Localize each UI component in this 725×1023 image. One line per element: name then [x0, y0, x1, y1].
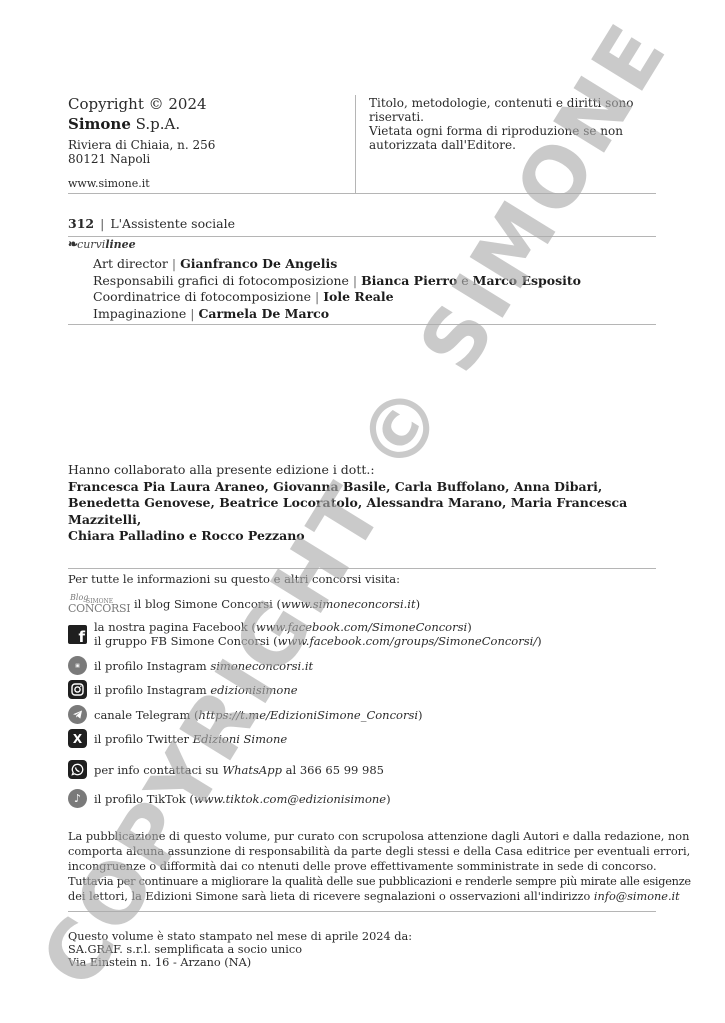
social-label: il profilo Instagram	[94, 683, 210, 697]
social-tail: al 366 65 99 985	[282, 763, 384, 777]
credit-separator: |	[349, 273, 361, 288]
social-text: per info contattaci su WhatsApp al 366 6…	[94, 763, 384, 777]
printer-name: SA.GRAF. s.r.l. semplificata a socio uni…	[68, 944, 412, 957]
credit-name: Bianca Pierro	[361, 273, 457, 288]
disclaimer-text: dei lettori, la Edizioni Simone sarà lie…	[68, 890, 594, 903]
colophon-page: Copyright © 2024 Simone S.p.A. Riviera d…	[68, 0, 656, 1023]
collaborators-names: Chiara Palladino e Rocco Pezzano	[68, 528, 658, 545]
disclaimer-line: incongruenze o difformità dai co ntenuti…	[68, 859, 660, 874]
whatsapp-icon	[68, 760, 87, 779]
social-item-facebook[interactable]: f la nostra pagina Facebook (www.faceboo…	[68, 621, 542, 648]
credit-separator: |	[186, 306, 198, 321]
social-text: la nostra pagina Facebook (www.facebook.…	[94, 621, 542, 648]
credit-row: Coordinatrice di fotocomposizione | Iole…	[93, 289, 581, 306]
social-item-whatsapp[interactable]: per info contattaci su WhatsApp al 366 6…	[68, 760, 384, 779]
instagram-link[interactable]: simoneconcorsi.it	[210, 659, 313, 673]
printer-address: Via Einstein n. 16 - Arzano (NA)	[68, 957, 412, 970]
social-text: il blog Simone Concorsi (www.simoneconco…	[134, 597, 420, 611]
social-label: per info contattaci su	[94, 763, 222, 777]
credit-role: Art director	[93, 256, 168, 271]
divider	[68, 236, 656, 237]
credit-row: Impaginazione | Carmela De Marco	[93, 306, 581, 323]
social-item-twitter[interactable]: X il profilo Twitter Edizioni Simone	[68, 729, 287, 748]
social-label: il blog Simone Concorsi (	[134, 597, 281, 611]
disclaimer-line: comporta alcuna assunzione di responsabi…	[68, 844, 660, 859]
instagram-simoneconcorsi-icon: ▣	[68, 656, 87, 675]
credit-separator: |	[311, 289, 323, 304]
credit-join: e	[457, 273, 472, 288]
address-street: Riviera di Chiaia, n. 256	[68, 138, 215, 152]
tiktok-icon: ♪	[68, 789, 87, 808]
social-label: il gruppo FB Simone Concorsi (	[94, 634, 278, 648]
publisher-website-link[interactable]: www.simone.it	[68, 177, 150, 190]
publisher-address: Riviera di Chiaia, n. 256 80121 Napoli	[68, 138, 215, 166]
running-head-separator: |	[100, 216, 104, 231]
credit-role: Coordinatrice di fotocomposizione	[93, 289, 311, 304]
social-label: il profilo TikTok (	[94, 792, 194, 806]
facebook-group-line: il gruppo FB Simone Concorsi (www.facebo…	[94, 635, 542, 649]
credit-name: Marco Esposito	[473, 273, 581, 288]
printer-info: Questo volume è stato stampato nel mese …	[68, 931, 412, 969]
social-text: il profilo Instagram edizionisimone	[94, 683, 298, 697]
publisher-name: Simone S.p.A.	[68, 115, 180, 133]
whatsapp-link[interactable]: WhatsApp	[222, 763, 282, 777]
social-tail: )	[416, 597, 421, 611]
social-item-instagram-simoneconcorsi[interactable]: ▣ il profilo Instagram simoneconcorsi.it	[68, 656, 313, 675]
whatsapp-glyph-icon	[71, 763, 84, 776]
social-text: il profilo TikTok (www.tiktok.com@edizio…	[94, 792, 391, 806]
printer-line: Questo volume è stato stampato nel mese …	[68, 931, 412, 944]
running-head: 312|L'Assistente sociale	[68, 216, 235, 231]
disclaimer: La pubblicazione di questo volume, pur c…	[68, 829, 660, 904]
credit-name: Iole Reale	[323, 289, 393, 304]
telegram-link[interactable]: https://t.me/EdizioniSimone_Concorsi	[199, 708, 419, 722]
publisher-name-bold: Simone	[68, 115, 131, 133]
divider	[68, 193, 656, 194]
blog-simone-concorsi-logo-icon: Blog SIMONE CONCORSI	[68, 593, 126, 615]
telegram-plane-icon	[72, 709, 83, 720]
rights-line: Vietata ogni forma di riproduzione se no…	[369, 124, 659, 138]
tiktok-link[interactable]: www.tiktok.com@edizionisimone	[194, 792, 386, 806]
x-twitter-icon: X	[68, 729, 87, 748]
collaborators-names: Benedetta Genovese, Beatrice Locoratolo,…	[68, 495, 658, 528]
social-label: la nostra pagina Facebook (	[94, 620, 256, 634]
blog-logo-bottom: CONCORSI	[68, 602, 130, 616]
copyright-notice: Copyright © 2024	[68, 95, 207, 113]
disclaimer-line: La pubblicazione di questo volume, pur c…	[68, 829, 660, 844]
social-tail: )	[467, 620, 472, 634]
credit-role: Impaginazione	[93, 306, 186, 321]
social-label: il profilo Twitter	[94, 732, 193, 746]
credit-name: Carmela De Marco	[198, 306, 329, 321]
facebook-page-link[interactable]: www.facebook.com/SimoneConcorsi	[256, 620, 467, 634]
rights-line: autorizzata dall'Editore.	[369, 138, 659, 152]
telegram-icon	[68, 705, 87, 724]
blog-link[interactable]: www.simoneconcorsi.it	[281, 597, 416, 611]
social-item-telegram[interactable]: canale Telegram (https://t.me/EdizioniSi…	[68, 705, 423, 724]
twitter-link[interactable]: Edizioni Simone	[193, 732, 287, 746]
facebook-page-line: la nostra pagina Facebook (www.facebook.…	[94, 621, 542, 635]
curvilinee-logo: ❧curvilinee	[68, 238, 136, 251]
disclaimer-line: dei lettori, la Edizioni Simone sarà lie…	[68, 889, 660, 904]
social-item-tiktok[interactable]: ♪ il profilo TikTok (www.tiktok.com@ediz…	[68, 789, 391, 808]
social-text: canale Telegram (https://t.me/EdizioniSi…	[94, 708, 423, 722]
social-tail: )	[418, 708, 423, 722]
credit-role: Responsabili grafici di fotocomposizione	[93, 273, 349, 288]
rights-line: Titolo, metodologie, contenuti e diritti…	[369, 96, 659, 110]
social-text: il profilo Twitter Edizioni Simone	[94, 732, 287, 746]
instagram-icon	[68, 680, 87, 699]
divider	[68, 911, 656, 912]
collaborators: Hanno collaborato alla presente edizione…	[68, 462, 658, 545]
rights-line: riservati.	[369, 110, 659, 124]
social-label: canale Telegram (	[94, 708, 199, 722]
credit-separator: |	[168, 256, 180, 271]
credits-list: Art director | Gianfranco De Angelis Res…	[93, 256, 581, 322]
logo-prefix: curvi	[77, 238, 105, 251]
rights-notice: Titolo, metodologie, contenuti e diritti…	[369, 96, 659, 152]
social-label: il profilo Instagram	[94, 659, 210, 673]
publisher-name-suffix: S.p.A.	[131, 115, 180, 133]
contact-email-link[interactable]: info@simone.it	[594, 890, 680, 903]
logo-suffix: linee	[105, 238, 135, 251]
social-tail: )	[537, 634, 542, 648]
divider	[68, 568, 656, 569]
social-item-instagram-edizionisimone[interactable]: il profilo Instagram edizionisimone	[68, 680, 298, 699]
info-intro: Per tutte le informazioni su questo e al…	[68, 572, 400, 586]
credit-row: Responsabili grafici di fotocomposizione…	[93, 273, 581, 290]
credit-name: Gianfranco De Angelis	[180, 256, 337, 271]
instagram-glyph-icon	[71, 683, 84, 696]
collaborators-intro: Hanno collaborato alla presente edizione…	[68, 462, 658, 479]
book-title: L'Assistente sociale	[110, 216, 235, 231]
address-city: 80121 Napoli	[68, 152, 215, 166]
social-tail: )	[386, 792, 391, 806]
facebook-group-link[interactable]: www.facebook.com/groups/SimoneConcorsi/	[278, 634, 538, 648]
header-vertical-divider	[355, 95, 356, 193]
collaborators-names: Francesca Pia Laura Araneo, Giovanna Bas…	[68, 479, 658, 496]
instagram-link[interactable]: edizionisimone	[210, 683, 297, 697]
facebook-icon: f	[68, 625, 87, 644]
swirl-icon: ❧	[68, 237, 77, 251]
disclaimer-line: Tuttavia per continuare a migliorare la …	[68, 874, 660, 889]
social-text: il profilo Instagram simoneconcorsi.it	[94, 659, 313, 673]
social-item-blog[interactable]: Blog SIMONE CONCORSI il blog Simone Conc…	[68, 593, 420, 615]
divider	[68, 324, 656, 325]
page-number: 312	[68, 216, 94, 231]
credit-row: Art director | Gianfranco De Angelis	[93, 256, 581, 273]
